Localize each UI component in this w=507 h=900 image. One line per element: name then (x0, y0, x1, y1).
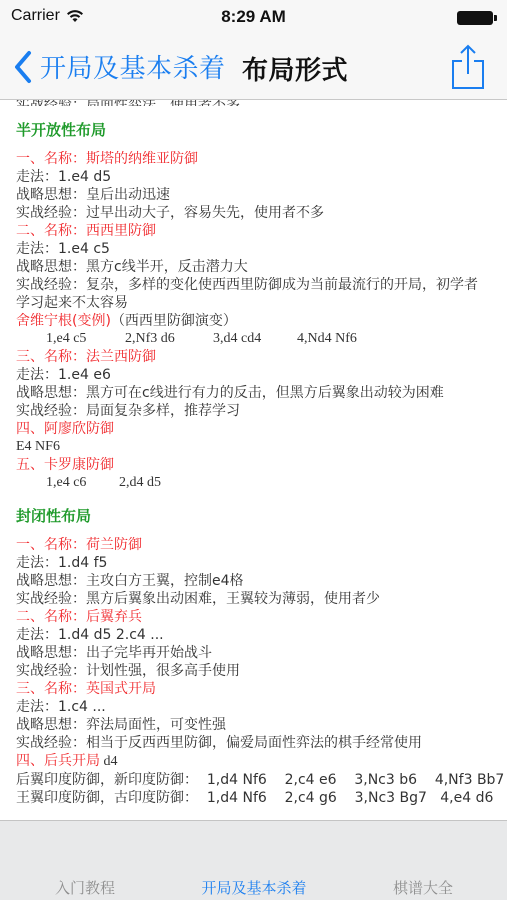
opening-heading-suffix: d4 (100, 754, 118, 769)
tab-bar: 入门教程 开局及基本杀着 棋谱大全 (0, 820, 507, 900)
move: 4,Nd4 Nf6 (297, 330, 357, 348)
opening-strategy: 战略思想：出子完毕再开始战斗 (16, 644, 491, 662)
opening-experience: 实战经验：复杂，多样的变化使西西里防御成为当前最流行的开局，初学者学习起来不太容… (16, 276, 491, 312)
opening-heading: 一、名称：斯塔的纳维亚防御 (16, 150, 491, 168)
opening-experience: 实战经验：黑方后翼象出动困难，王翼较为薄弱，使用者少 (16, 590, 491, 608)
opening-heading: 一、名称：荷兰防御 (16, 536, 491, 554)
opening-strategy: 战略思想：主攻白方王翼，控制e4格 (16, 572, 491, 590)
variation-line: 王翼印度防御，古印度防御： 1,d4 Nf6 2,c4 g6 3,Nc3 Bg7… (16, 789, 491, 807)
variation-line: 后翼印度防御，新印度防御： 1,d4 Nf6 2,c4 e6 3,Nc3 b6 … (16, 771, 491, 789)
opening-moves: 1,e4 c62,d4 d5 (16, 474, 491, 492)
opening-moves: 走法：1.d4 f5 (16, 554, 491, 572)
partially-visible-line: 实战经验：局面性弈法，使用者不多 (16, 100, 491, 106)
tab-intro-tutorial[interactable]: 入门教程 (10, 877, 160, 898)
page-title: 布局形式 (242, 50, 348, 87)
move: 1,e4 c5 (46, 330, 125, 348)
opening-heading: 三、名称：英国式开局 (16, 680, 491, 698)
variation-heading: 舍维宁根(变例)（西西里防御演变） (16, 312, 491, 330)
tab-game-records[interactable]: 棋谱大全 (348, 877, 498, 898)
share-icon[interactable] (451, 44, 485, 90)
section-title-semi-open: 半开放性布局 (16, 120, 491, 140)
navigation-bar: 开局及基本杀着 布局形式 (0, 34, 507, 100)
opening-heading: 四、后兵开局 d4 (16, 752, 491, 771)
back-button-label: 开局及基本杀着 (40, 48, 226, 85)
opening-moves: 走法：1.d4 d5 2.c4 ... (16, 626, 491, 644)
article-content[interactable]: 实战经验：局面性弈法，使用者不多 半开放性布局 一、名称：斯塔的纳维亚防御 走法… (0, 100, 507, 820)
move: 3,d4 cd4 (213, 330, 297, 348)
opening-experience: 实战经验：计划性强，很多高手使用 (16, 662, 491, 680)
back-button[interactable]: 开局及基本杀着 (12, 48, 226, 85)
variation-name: 舍维宁根(变例) (16, 313, 111, 329)
opening-strategy: 战略思想：黑方可在c线进行有力的反击，但黑方后翼象出动较为困难 (16, 384, 491, 402)
opening-moves: 走法：1.e4 e6 (16, 366, 491, 384)
opening-moves: 走法：1.e4 d5 (16, 168, 491, 186)
move: 2,Nf3 d6 (125, 330, 213, 348)
move: 2,d4 d5 (119, 474, 161, 492)
opening-heading: 四、阿廖欣防御 (16, 420, 491, 438)
opening-heading: 五、卡罗康防御 (16, 456, 491, 474)
opening-heading: 二、名称：西西里防御 (16, 222, 491, 240)
section-title-closed: 封闭性布局 (16, 506, 491, 526)
opening-strategy: 战略思想：弈法局面性，可变性强 (16, 716, 491, 734)
opening-experience: 实战经验：过早出动大子，容易失先，使用者不多 (16, 204, 491, 222)
opening-heading-name: 四、后兵开局 (16, 753, 100, 769)
clock: 8:29 AM (0, 7, 507, 27)
opening-moves: 走法：1.c4 ... (16, 698, 491, 716)
tab-openings-and-mates[interactable]: 开局及基本杀着 (179, 877, 329, 898)
battery-full-icon (457, 11, 497, 25)
opening-heading: 三、名称：法兰西防御 (16, 348, 491, 366)
opening-experience: 实战经验：相当于反西西里防御，偏爱局面性弈法的棋手经常使用 (16, 734, 491, 752)
variation-note: （西西里防御演变） (111, 313, 237, 329)
move: 1,e4 c6 (46, 474, 119, 492)
opening-heading: 二、名称：后翼弃兵 (16, 608, 491, 626)
variation-moves: 1,e4 c52,Nf3 d63,d4 cd44,Nd4 Nf6 (16, 330, 491, 348)
opening-experience: 实战经验：局面复杂多样，推荐学习 (16, 402, 491, 420)
status-bar: Carrier 8:29 AM (0, 0, 507, 34)
opening-strategy: 战略思想：皇后出动迅速 (16, 186, 491, 204)
chevron-left-icon (12, 50, 34, 84)
opening-strategy: 战略思想：黑方c线半开，反击潜力大 (16, 258, 491, 276)
opening-moves: 走法：1.e4 c5 (16, 240, 491, 258)
opening-moves: E4 NF6 (16, 438, 491, 456)
